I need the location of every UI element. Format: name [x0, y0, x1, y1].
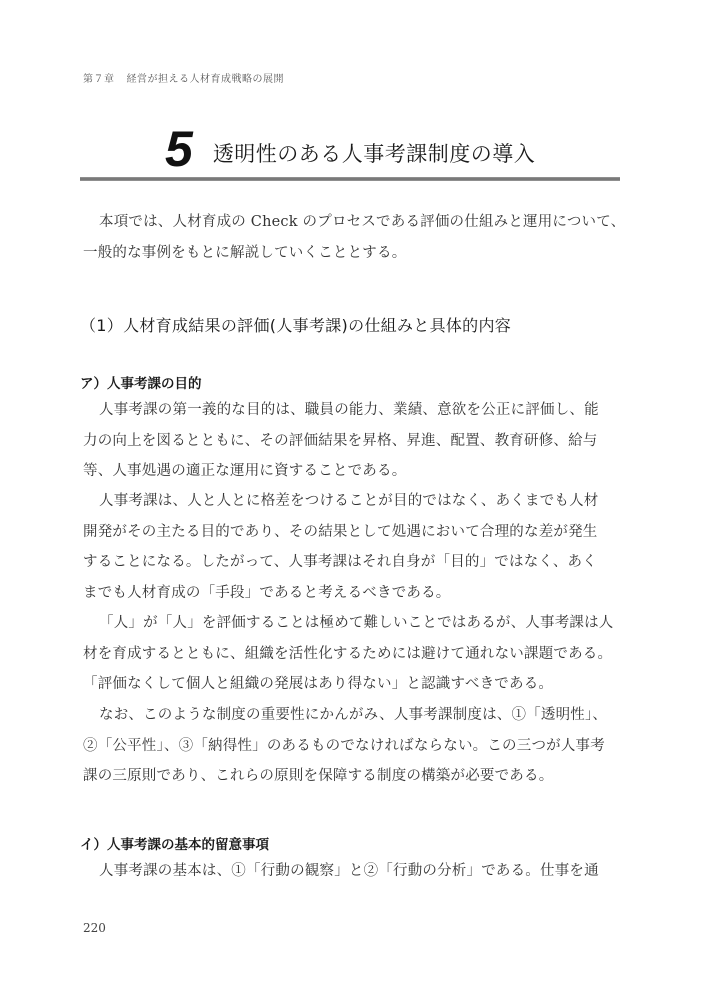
text-line: 課の三原則であり、これらの原則を保障する制度の構築が必要である。: [83, 761, 643, 792]
paragraph: 人事考課は、人と人とに格差をつけることが目的ではなく、あくまでも人材 開発がその…: [83, 486, 643, 608]
text-line: することになる。したがって、人事考課はそれ自身が「目的」ではなく、あく: [83, 547, 643, 578]
text-line: 人事考課は、人と人とに格差をつけることが目的ではなく、あくまでも人材: [83, 486, 643, 517]
running-header: 第７章経営が担える人材育成戦略の展開: [83, 70, 284, 85]
running-header-title: 経営が担える人材育成戦略の展開: [127, 74, 285, 85]
text-line: までも人材育成の「手段」であると考えるべきである。: [83, 578, 643, 609]
section-heading: 5 透明性のある人事考課制度の導入: [165, 118, 535, 174]
text-line: 「評価なくして個人と組織の発展はあり得ない」と認識すべきである。: [83, 669, 643, 700]
text-line: 等、人事処遇の適正な運用に資することである。: [83, 456, 643, 487]
paragraph: 人事考課の第一義的な目的は、職員の能力、業績、意欲を公正に評価し、能 力の向上を…: [83, 395, 643, 487]
subsection-heading: （1）人材育成結果の評価(人事考課)の仕組みと具体的内容: [80, 313, 511, 336]
section-divider-rule: [80, 177, 620, 181]
section-title: 透明性のある人事考課制度の導入: [213, 138, 536, 168]
text-line: なお、このような制度の重要性にかんがみ、人事考課制度は、①「透明性」、: [83, 700, 643, 731]
item-heading-basics: イ）人事考課の基本的留意事項: [80, 833, 269, 853]
text-line: ②「公平性」、③「納得性」のあるものでなければならない。この三つが人事考: [83, 731, 643, 762]
item-heading-purpose: ア）人事考課の目的: [80, 372, 202, 392]
text-line: 開発がその主たる目的であり、その結果として処遇において合理的な差が発生: [83, 517, 643, 548]
section-number: 5: [165, 124, 193, 174]
text-line: 人事考課の基本は、①「行動の観察」と②「行動の分析」である。仕事を通: [83, 856, 643, 887]
text-line: 力の向上を図るとともに、その評価結果を昇格、昇進、配置、教育研修、給与: [83, 426, 643, 457]
text-line: 「人」が「人」を評価することは極めて難しいことではあるが、人事考課は人: [83, 608, 643, 639]
paragraph: 「人」が「人」を評価することは極めて難しいことではあるが、人事考課は人 材を育成…: [83, 608, 643, 700]
document-page: 第７章経営が担える人材育成戦略の展開 5 透明性のある人事考課制度の導入 本項で…: [0, 0, 706, 1000]
text-line: 材を育成するとともに、組織を活性化するためには避けて通れない課題である。: [83, 639, 643, 670]
paragraph: 人事考課の基本は、①「行動の観察」と②「行動の分析」である。仕事を通: [83, 856, 643, 887]
intro-paragraph: 本項では、人材育成の Check のプロセスである評価の仕組みと運用について、 …: [83, 207, 643, 268]
text-line: 一般的な事例をもとに解説していくこととする。: [83, 238, 643, 269]
text-line: 人事考課の第一義的な目的は、職員の能力、業績、意欲を公正に評価し、能: [83, 395, 643, 426]
paragraph: なお、このような制度の重要性にかんがみ、人事考課制度は、①「透明性」、 ②「公平…: [83, 700, 643, 792]
page-number: 220: [83, 921, 106, 935]
running-header-chapter: 第７章: [83, 74, 115, 85]
text-line: 本項では、人材育成の Check のプロセスである評価の仕組みと運用について、: [83, 207, 643, 238]
